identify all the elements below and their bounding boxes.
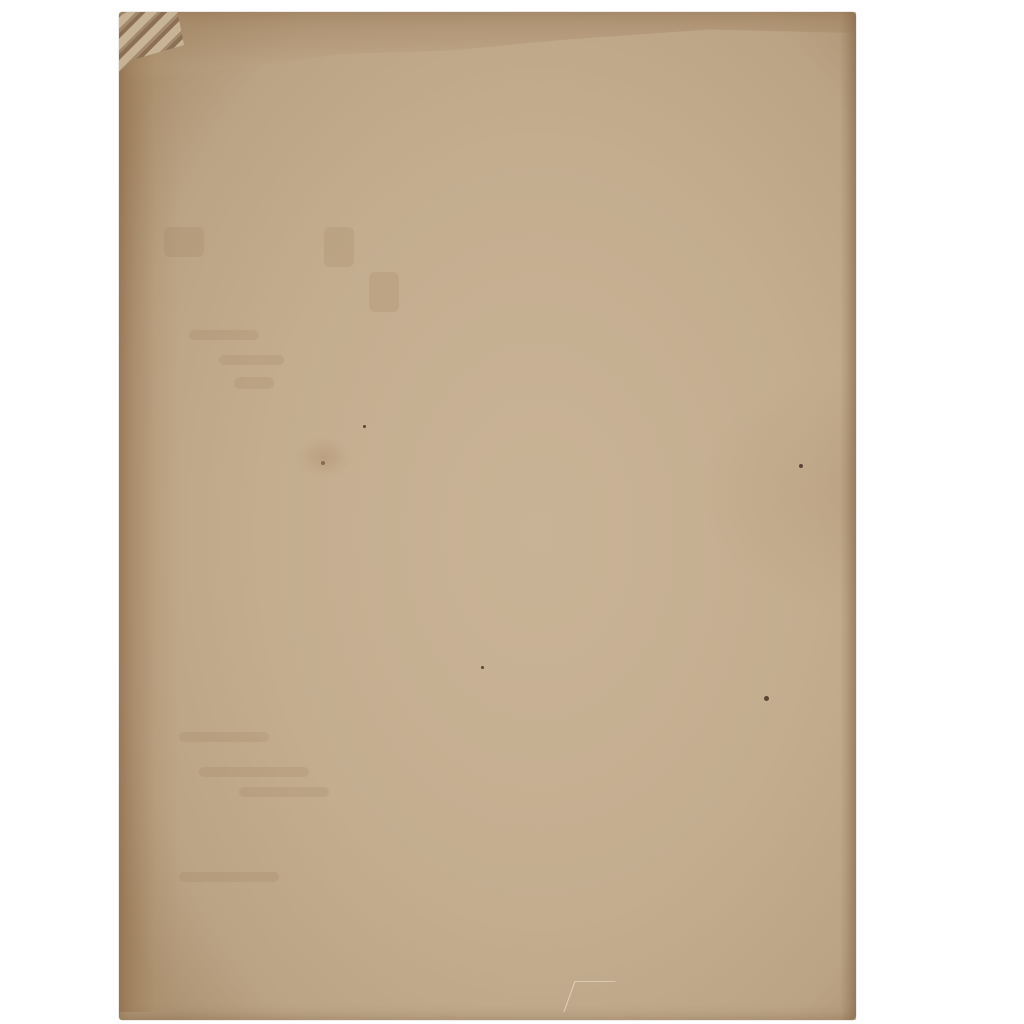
paper-edge-right <box>840 12 856 1020</box>
ghost-mark <box>179 872 279 882</box>
ghost-mark <box>239 787 329 797</box>
paper-tear <box>563 981 615 1012</box>
ghost-mark <box>189 330 259 340</box>
ink-spot <box>363 425 366 428</box>
ghost-mark <box>369 272 399 312</box>
ghost-mark <box>324 227 354 267</box>
ghost-mark <box>219 355 284 365</box>
ghost-mark <box>179 732 269 742</box>
ink-spot <box>764 696 769 701</box>
ghost-mark <box>199 767 309 777</box>
ink-spot <box>799 464 803 468</box>
ink-spot <box>321 461 325 465</box>
water-stain-left <box>119 52 179 1012</box>
ghost-mark <box>164 227 204 257</box>
water-stain-top <box>119 12 856 82</box>
ink-spot <box>481 666 484 669</box>
ghost-mark <box>234 377 274 389</box>
aged-paper-sheet <box>119 12 856 1020</box>
